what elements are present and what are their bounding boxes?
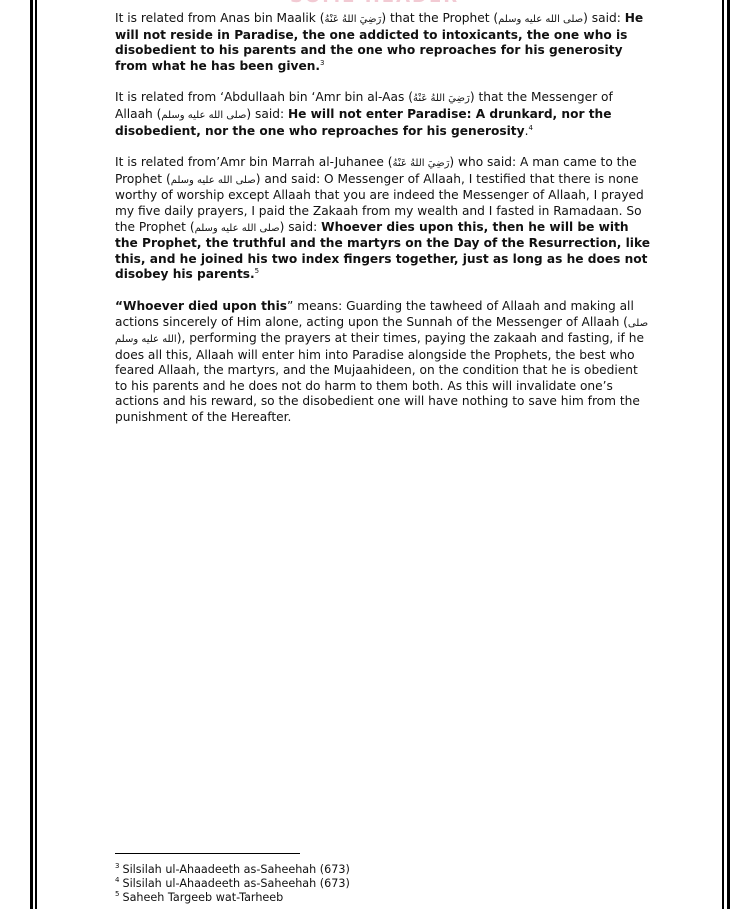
page-border-right-outer bbox=[727, 0, 730, 909]
prophet-honorific: صلى الله عليه وسلم bbox=[161, 110, 246, 121]
document-body: It is related from Anas bin Maalik (رَضِ… bbox=[115, 11, 650, 442]
page-border-right-inner bbox=[722, 0, 724, 909]
narration-intro: ) said: bbox=[583, 11, 625, 25]
footnote-reference[interactable]: 5 bbox=[255, 267, 259, 275]
prophet-honorific: صلى الله عليه وسلم bbox=[195, 223, 280, 234]
footnote-item: 5Saheeh Targeeb wat-Tarheeb bbox=[115, 891, 515, 905]
footnote-number: 5 bbox=[115, 890, 119, 898]
footnote-reference[interactable]: 3 bbox=[320, 59, 324, 67]
companion-honorific: رَضِيَ اللهُ عَنْهُ bbox=[324, 14, 381, 25]
hadith-paragraph-1: It is related from Anas bin Maalik (رَضِ… bbox=[115, 11, 650, 74]
prophet-honorific: صلى الله عليه وسلم bbox=[498, 14, 583, 25]
explanation-paragraph: “Whoever died upon this” means: Guarding… bbox=[115, 299, 650, 426]
footnote-number: 3 bbox=[115, 862, 119, 870]
companion-honorific: رَضِيَ اللهُ عَنْهُ bbox=[393, 158, 450, 169]
footnote-separator bbox=[115, 853, 300, 854]
page-border-left-outer bbox=[30, 0, 33, 909]
footnote-number: 4 bbox=[115, 876, 119, 884]
hadith-paragraph-2: It is related from ‘Abdullaah bin ‘Amr b… bbox=[115, 90, 650, 139]
narration-intro: ) said: bbox=[246, 107, 288, 121]
narration-intro: It is related from’Amr bin Marrah al-Juh… bbox=[115, 155, 393, 169]
narration-intro: ) that the Prophet ( bbox=[381, 11, 498, 25]
prophet-honorific: صلى الله عليه وسلم bbox=[171, 175, 256, 186]
page-border-left-inner bbox=[35, 0, 37, 909]
footnotes-section: 3Silsilah ul-Ahaadeeth as-Saheehah (673)… bbox=[115, 853, 515, 904]
cut-off-page-heading: SOME HEADER bbox=[290, 0, 460, 4]
footnote-text: Saheeh Targeeb wat-Tarheeb bbox=[122, 891, 283, 904]
footnote-item: 3Silsilah ul-Ahaadeeth as-Saheehah (673) bbox=[115, 863, 515, 877]
quoted-phrase: Whoever died upon this bbox=[123, 299, 287, 313]
open-quote: “ bbox=[115, 299, 123, 313]
footnote-text: Silsilah ul-Ahaadeeth as-Saheehah (673) bbox=[122, 877, 349, 890]
narration-intro: ) said: bbox=[280, 220, 322, 234]
footnote-text: Silsilah ul-Ahaadeeth as-Saheehah (673) bbox=[122, 863, 349, 876]
hadith-paragraph-3: It is related from’Amr bin Marrah al-Juh… bbox=[115, 155, 650, 283]
narration-intro: It is related from ‘Abdullaah bin ‘Amr b… bbox=[115, 90, 413, 104]
explanation-text: ), performing the prayers at their times… bbox=[115, 331, 644, 424]
footnote-item: 4Silsilah ul-Ahaadeeth as-Saheehah (673) bbox=[115, 877, 515, 891]
companion-honorific: رَضِيَ اللهُ عَنْهُ bbox=[413, 93, 470, 104]
footnote-reference[interactable]: 4 bbox=[528, 124, 532, 132]
narration-intro: It is related from Anas bin Maalik ( bbox=[115, 11, 324, 25]
